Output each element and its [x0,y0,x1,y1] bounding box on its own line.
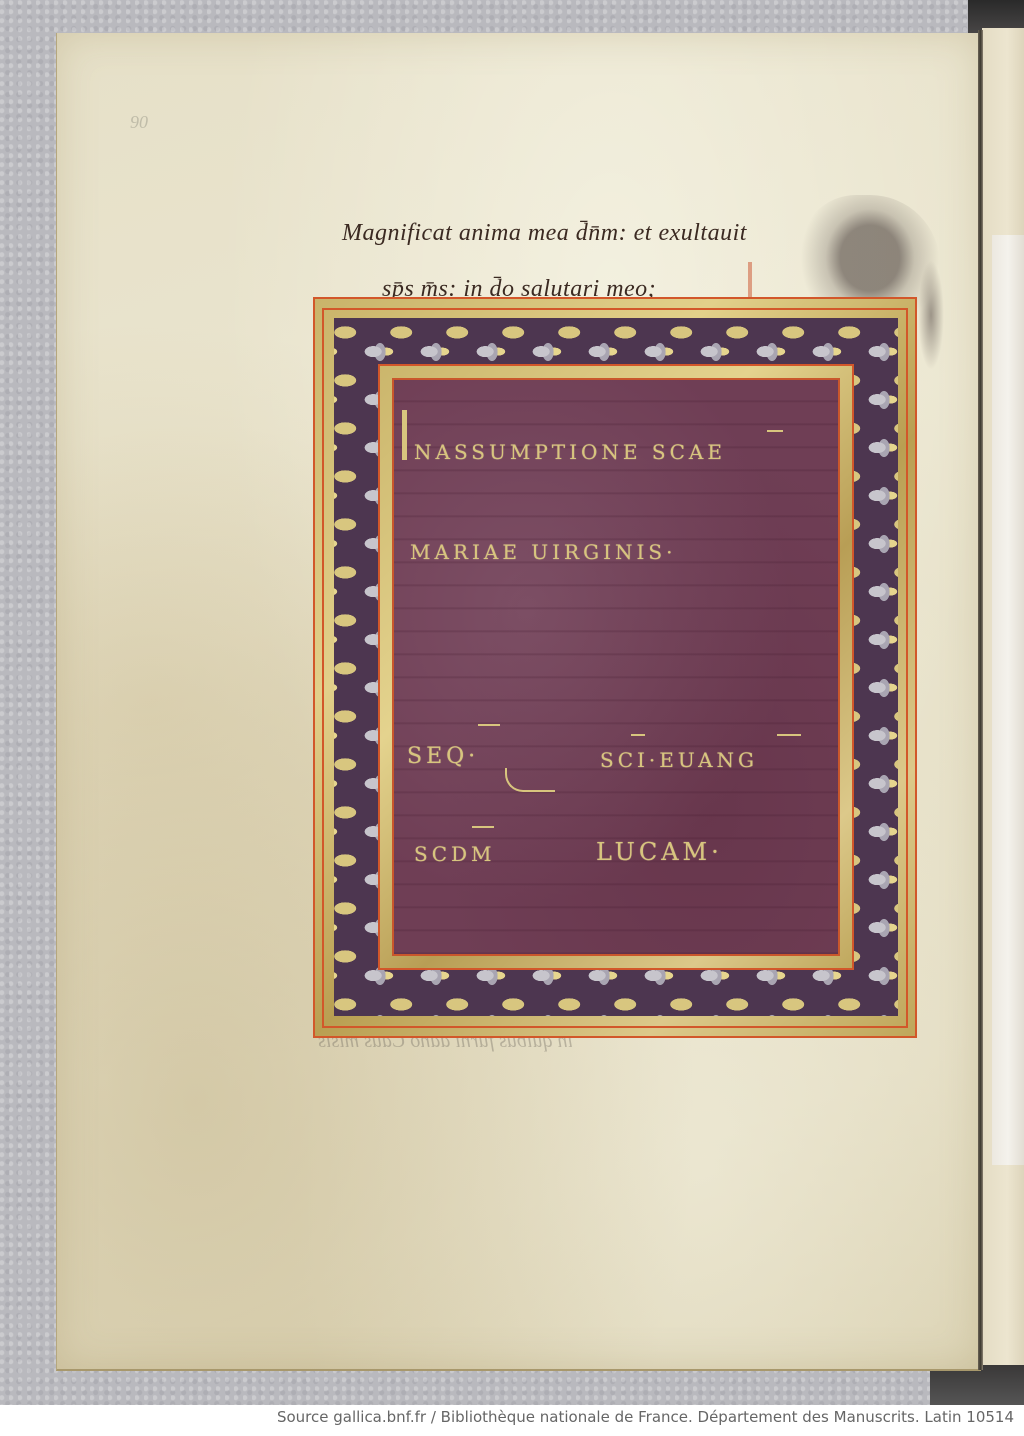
q-tail-flourish [505,768,555,792]
red-ruling-mark [748,262,752,300]
abbreviation-mark [631,734,645,736]
gutter [978,30,983,1370]
rubric-line-4a: SCDM [414,842,496,866]
rubric-line-3b: SCI·EUANG [600,748,758,772]
abbreviation-mark [777,734,801,736]
rubric-line-1: NASSUMPTIONE SCAE [414,440,726,464]
purple-rubric-panel [392,378,840,956]
initial-I [402,410,407,460]
text-line-magnificat: Magnificat anima mea d̄n̄m: et exultauit [342,220,747,247]
rubric-line-4b: LUCAM· [596,838,723,866]
protective-cloth [992,235,1024,1165]
rubric-line-3a: SEQ· [407,744,479,769]
abbreviation-mark [472,826,494,828]
binding-bottom [930,1365,1024,1405]
abbreviation-mark [767,430,783,432]
abbreviation-mark [478,724,500,726]
rubric-line-2: MARIAE UIRGINIS· [410,540,676,564]
folio-number: 90 [130,112,148,133]
source-attribution: Source gallica.bnf.fr / Bibliothèque nat… [277,1408,1014,1426]
ink-offset-stain-tail [918,260,944,370]
